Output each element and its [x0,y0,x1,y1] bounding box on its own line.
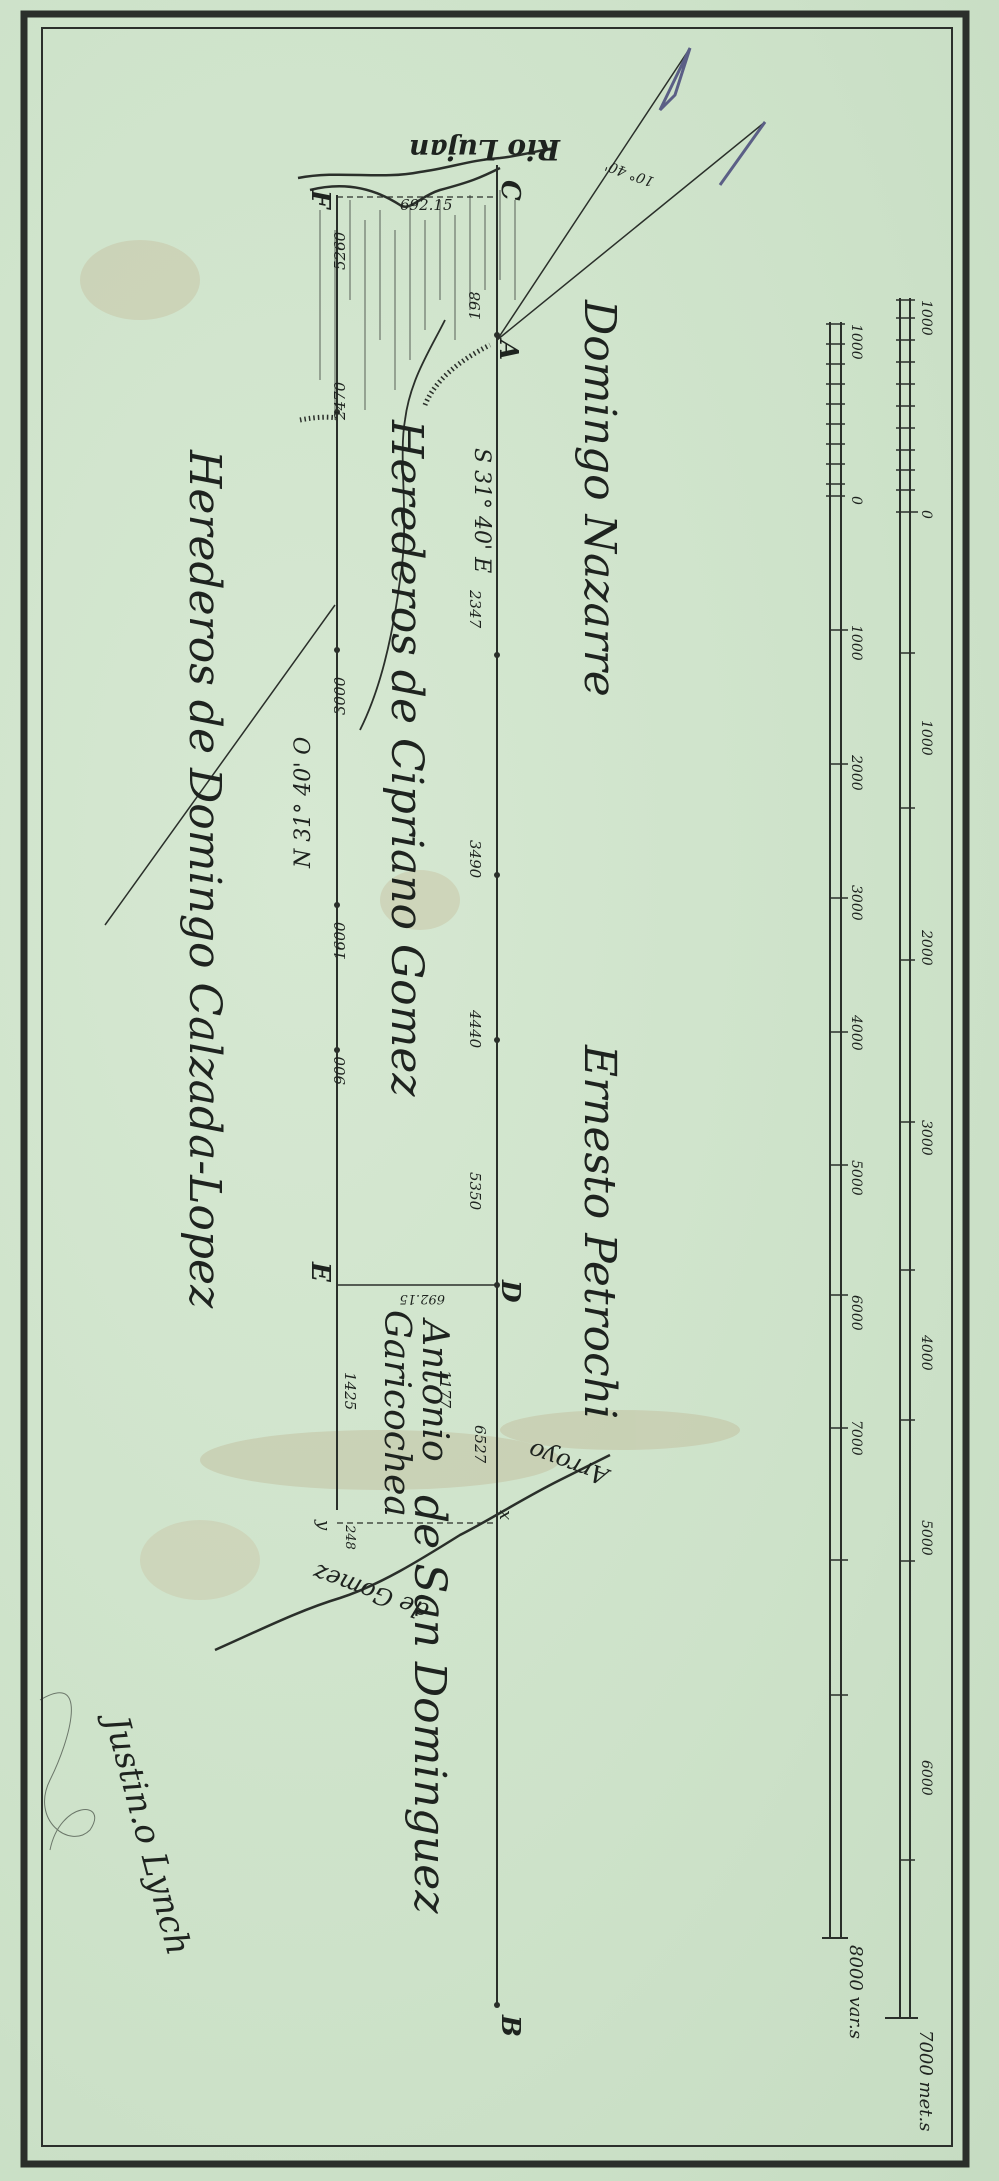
owner-label: de San Dominguez [404,1495,455,1914]
svg-text:Justin.o Lynch: Justin.o Lynch [95,1706,199,1959]
distance-label: 3000 [331,676,349,715]
owner-label: Herederos de Domingo Calzada-Lopez [179,449,230,1309]
scale-tick: 6000 [918,1760,934,1796]
owner-label: Herederos de Cipriano Gomez [381,419,432,1097]
scale-tick: 5000 [848,1160,864,1196]
distance-label: 2470 [331,381,349,421]
scale-tick: 2000 [918,929,934,966]
scale-tick: 0 [848,496,864,505]
scale-bar-meters: 1000 0 1000 2000 3000 4000 5000 6000 700… [885,298,936,2131]
point-x: x [495,1510,516,1520]
distance-label: 4440 [466,1009,484,1049]
distance-label: 5260 [331,231,349,270]
distance-label: 1600 [331,921,349,960]
distance-label: 900 [331,1056,349,1085]
point-c: C [495,180,525,201]
bearing-top: S 31° 40' E [469,448,494,573]
point-f: F [305,189,335,210]
survey-map: 1000 0 1000 2000 3000 4000 5000 6000 700… [0,0,999,2181]
scale-tick: 1000 [848,625,864,661]
distance-label: 2347 [466,589,484,629]
point-y: y [313,1519,334,1531]
marsh-hatching [320,190,515,420]
point-b: B [495,2014,525,2037]
parcel-owner-label: Antonio [414,1317,455,1462]
scale-tick: 4000 [848,1014,864,1051]
scale-tick: 6000 [848,1295,864,1331]
scale-tick: 3000 [918,1120,934,1156]
distance-label: 6527 [471,1425,489,1464]
point-a: A [493,337,523,360]
scale-bar-varas: 1000 0 1000 2000 3000 4000 5000 6000 700… [822,322,866,2039]
distance-label: 692.15 [400,196,453,214]
owner-label: Domingo Nazarre [574,299,625,697]
scale-tick: 4000 [918,1334,934,1371]
river-label: Rio Lujan [409,133,561,166]
parcel-owner-label: Garicochea [376,1310,417,1517]
survey-map-sheet: 1000 0 1000 2000 3000 4000 5000 6000 700… [0,0,999,2181]
scale-tick: 1000 [918,300,934,336]
scale-unit-label: 8000 var.s [845,1945,866,2039]
distance-label: 5350 [466,1172,484,1211]
scale-tick: 0 [918,510,934,519]
owner-label: Ernesto Petrochi [574,1044,625,1419]
scale-tick: 2000 [848,754,864,791]
distance-label: 692.15 [400,1291,446,1306]
compass-angle: 10° 40' [603,157,656,189]
scale-tick: 5000 [918,1520,934,1556]
signature: Justin.o Lynch [40,1693,198,1960]
scale-unit-label: 7000 met.s [915,2030,936,2131]
distance-label: 3490 [466,840,484,879]
distance-label: 1425 [341,1372,359,1410]
scale-tick: 3000 [848,885,864,921]
point-e: E [305,1261,335,1283]
distance-label: 198 [466,291,484,320]
point-d: D [495,1279,525,1303]
scale-tick: 1000 [918,720,934,756]
scale-tick: 1000 [848,324,864,360]
bearing-bottom: N 31° 40' O [291,737,316,869]
distance-label: 248 [342,1524,357,1550]
scale-tick: 7000 [848,1420,864,1456]
